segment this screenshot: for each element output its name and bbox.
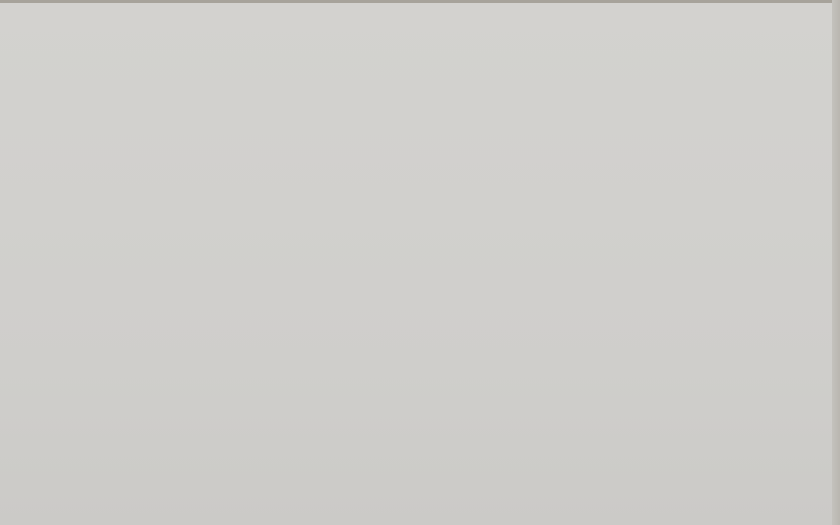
paper-right-edge [832,0,840,525]
document-page [0,3,834,525]
